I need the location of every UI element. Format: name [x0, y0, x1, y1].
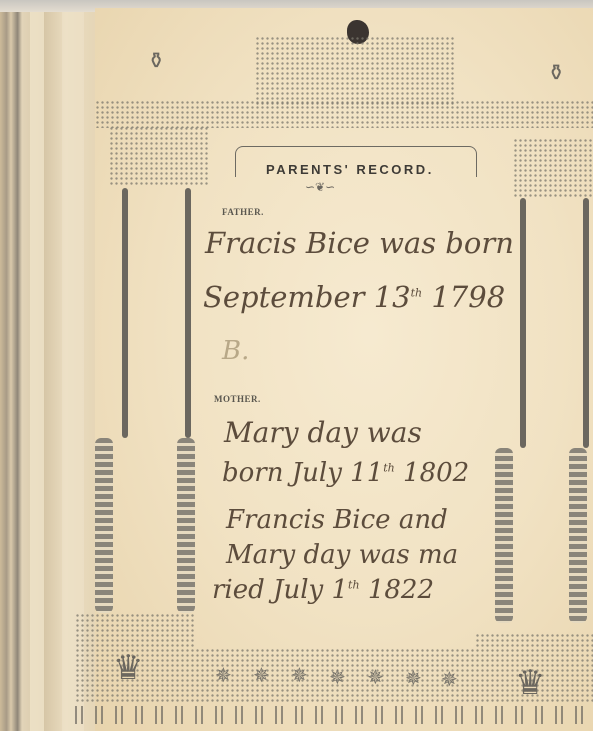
right-column-inner [520, 198, 526, 448]
ordinal-suffix: th [383, 461, 395, 474]
mother-birth-date: born July 11 [222, 458, 383, 488]
right-column-outer [583, 198, 589, 448]
mother-label: MOTHER. [214, 394, 261, 404]
star-icon: ✵ [367, 665, 384, 690]
star-icon: ✵ [253, 663, 270, 688]
crown-icon-right: ♛ [515, 663, 545, 703]
father-birth-date: September 13 [203, 280, 411, 314]
mother-line-1: Mary day was [224, 416, 422, 449]
crown-icon-left: ♛ [113, 648, 143, 688]
right-capital-ornament [513, 138, 593, 198]
marriage-line-2: Mary day was ma [226, 540, 458, 570]
left-capital-ornament [109, 126, 209, 186]
top-frieze-ornament [95, 100, 593, 128]
father-line-2: September 13th 1798 [203, 280, 505, 314]
mother-line-2: born July 11th 1802 [222, 458, 469, 488]
left-coil-outer [95, 438, 113, 613]
father-line-1: Fracis Bice was born [205, 226, 514, 260]
left-column-outer [122, 188, 128, 438]
left-column-inner [185, 188, 191, 438]
marriage-date: ried July 1 [212, 575, 348, 605]
star-icon: ✵ [291, 663, 308, 688]
father-label: FATHER. [222, 207, 264, 217]
right-coil-inner [495, 448, 513, 623]
top-pediment-ornament [255, 36, 455, 106]
page-title: PARENTS' RECORD. [266, 162, 434, 177]
marriage-line-1: Francis Bice and [226, 505, 448, 535]
left-coil-inner [177, 438, 195, 613]
ordinal-suffix: th [411, 286, 423, 299]
record-page: ⚱ ⚱ ♛ ♛ ✵ ✵ ✵ ✵ ✵ ✵ ✵ [95, 8, 593, 731]
father-birth-year: 1798 [431, 280, 505, 314]
greek-key-border [75, 706, 593, 724]
star-icon: ✵ [329, 665, 346, 690]
star-icon: ✵ [405, 666, 422, 691]
star-icon: ✵ [441, 667, 458, 692]
faint-mark: B. [222, 336, 249, 366]
star-icon: ✵ [215, 663, 232, 688]
right-coil-outer [569, 448, 587, 623]
mother-birth-year: 1802 [403, 458, 469, 488]
scanned-page: ⚱ ⚱ ♛ ♛ ✵ ✵ ✵ ✵ ✵ ✵ ✵ PARENTS' RECORD. ∽… [0, 0, 593, 731]
marriage-line-3: ried July 1th 1822 [212, 575, 434, 605]
ordinal-suffix: th [348, 578, 360, 591]
urn-icon-right: ⚱ [547, 60, 565, 86]
urn-icon-left: ⚱ [147, 48, 165, 74]
marriage-year: 1822 [368, 575, 434, 605]
scroll-flourish-icon: ∽❦∽ [305, 180, 335, 195]
